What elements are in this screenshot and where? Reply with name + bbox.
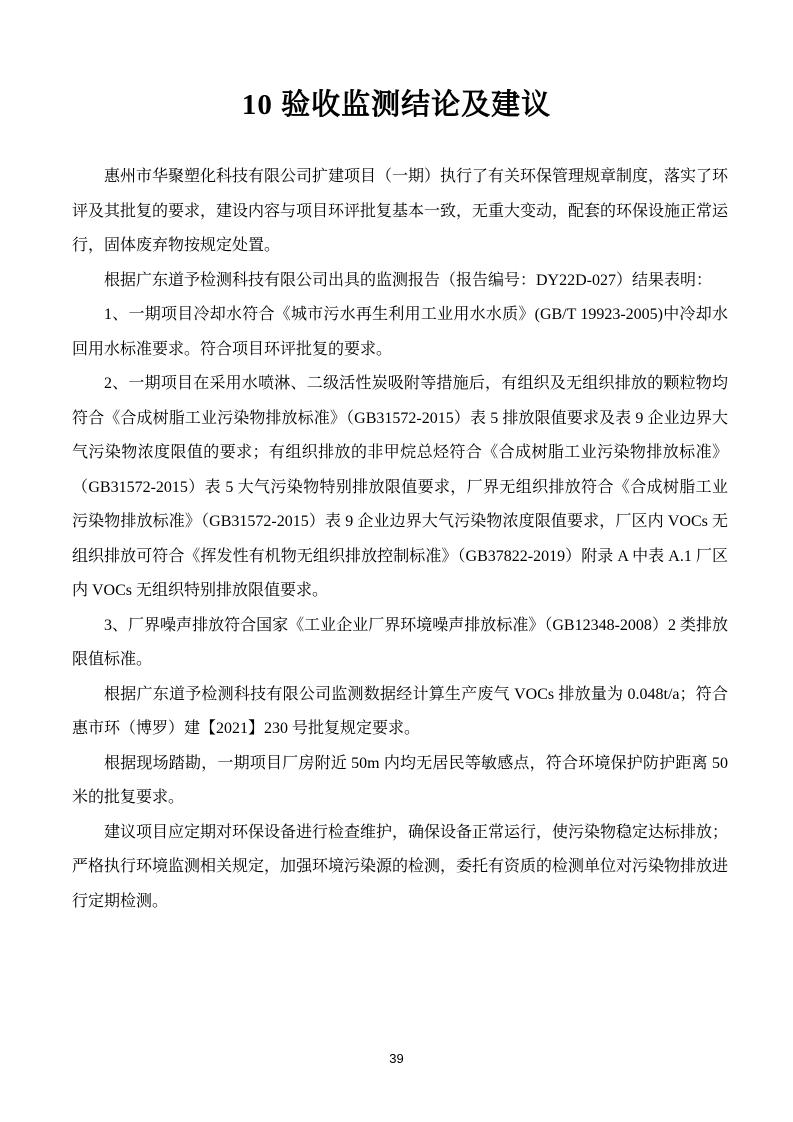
page-title: 10 验收监测结论及建议 (0, 86, 793, 124)
paragraph-report-basis: 根据广东道予检测科技有限公司出具的监测报告（报告编号：DY22D-027）结果表… (72, 264, 728, 299)
document-body: 惠州市华聚塑化科技有限公司扩建项目（一期）执行了有关环保管理规章制度，落实了环评… (72, 160, 728, 919)
paragraph-intro: 惠州市华聚塑化科技有限公司扩建项目（一期）执行了有关环保管理规章制度，落实了环评… (72, 160, 728, 264)
paragraph-conclusion-2: 2、一期项目在采用水喷淋、二级活性炭吸附等措施后，有组织及无组织排放的颗粒物均符… (72, 367, 728, 609)
paragraph-site-survey: 根据现场踏勘，一期项目厂房附近 50m 内均无居民等敏感点，符合环境保护防护距离… (72, 747, 728, 816)
paragraph-conclusion-3: 3、厂界噪声排放符合国家《工业企业厂界环境噪声排放标准》（GB12348-200… (72, 609, 728, 678)
document-page: 10 验收监测结论及建议 惠州市华聚塑化科技有限公司扩建项目（一期）执行了有关环… (0, 0, 793, 1122)
paragraph-recommendation: 建议项目应定期对环保设备进行检查维护，确保设备正常运行，使污染物稳定达标排放；严… (72, 816, 728, 920)
page-number: 39 (0, 1050, 793, 1068)
paragraph-conclusion-1: 1、一期项目冷却水符合《城市污水再生利用工业用水水质》(GB/T 19923-2… (72, 298, 728, 367)
paragraph-vocs-emission: 根据广东道予检测科技有限公司监测数据经计算生产废气 VOCs 排放量为 0.04… (72, 678, 728, 747)
